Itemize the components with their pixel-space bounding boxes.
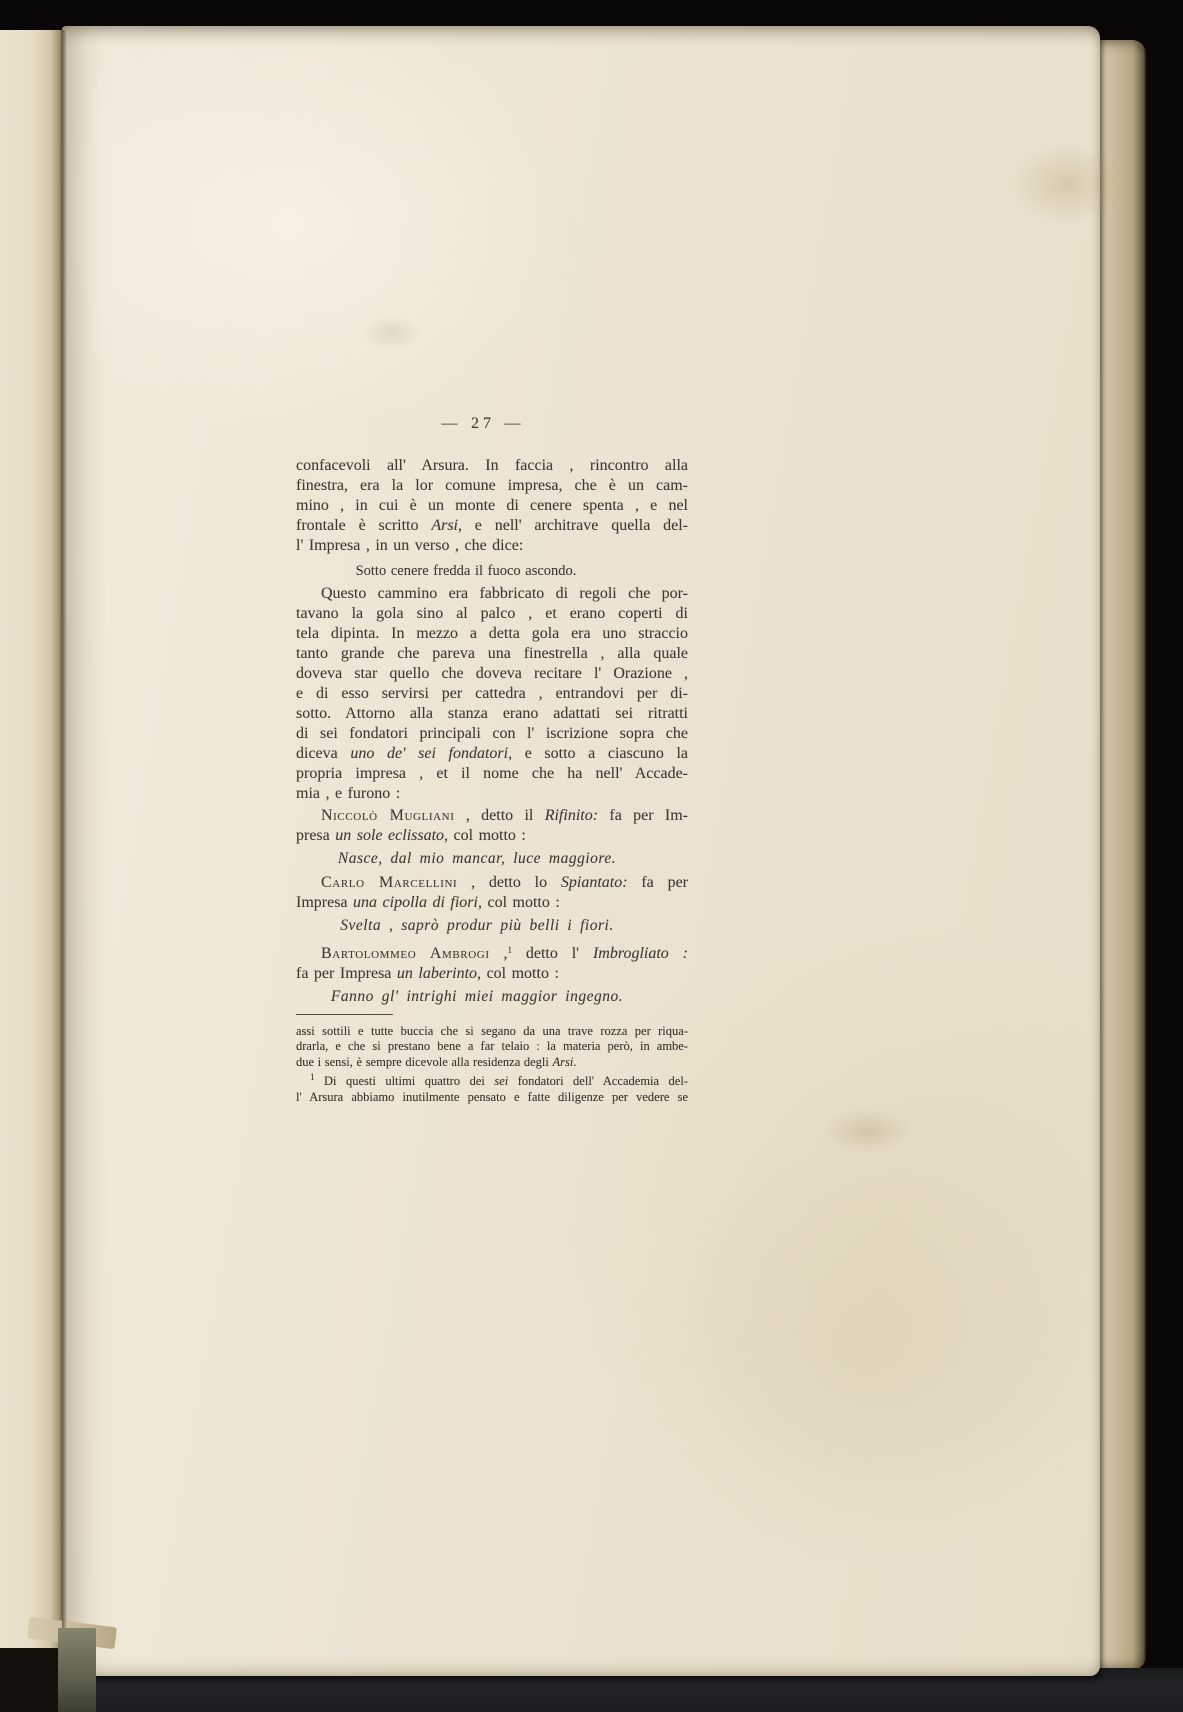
text-segment: detto l' — [512, 945, 593, 962]
gutter-crease — [62, 30, 68, 1660]
paragraph: Questo cammino era fabbricato di regoli … — [296, 584, 688, 804]
text-column: — 27 — confacevoli all' Arsura. In facci… — [296, 414, 688, 1105]
text-segment: Questo cammino era fabbricato di regoli … — [321, 585, 688, 602]
text-segment: tanto grande che pareva una finestrella … — [296, 645, 688, 662]
book-scan-photo: { "document": { "page_number": "— 27 —",… — [0, 0, 1183, 1712]
text-segment: fa per — [628, 874, 688, 891]
text-line: Bartolommeo Ambrogi ,1 detto l' Imbrogli… — [296, 940, 688, 964]
text-segment: fondatori dell' Accademia del- — [508, 1074, 688, 1088]
text-segment: tela dipinta. In mezzo a detta gola era … — [296, 625, 688, 642]
italic-text: Rifinito: — [545, 807, 598, 824]
founder-entry: Bartolommeo Ambrogi ,1 detto l' Imbrogli… — [296, 940, 688, 984]
text-line: Sotto cenere fredda il fuoco ascondo. — [270, 561, 662, 581]
book-page: — 27 — confacevoli all' Arsura. In facci… — [62, 26, 1100, 1676]
text-segment: drarla, e che si prestano bene a far tel… — [296, 1039, 688, 1053]
text-line: drarla, e che si prestano bene a far tel… — [296, 1039, 688, 1054]
impresa-motto: Svelta , saprò produr più belli i fiori. — [281, 916, 673, 936]
text-line: tela dipinta. In mezzo a detta gola era … — [296, 624, 688, 644]
text-segment: col motto : — [481, 965, 559, 982]
text-line: l' Arsura abbiamo inutilmente pensato e … — [296, 1090, 688, 1105]
small-caps-name: Bartolommeo Ambrogi — [321, 945, 490, 962]
foxing-stain — [622, 1146, 1102, 1566]
text-line: presa un sole eclissato, col motto : — [296, 826, 688, 846]
text-line: Carlo Marcellini , detto lo Spiantato: f… — [296, 873, 688, 893]
italic-text: Nasce, dal mio mancar, luce maggiore. — [338, 850, 616, 867]
text-segment: . — [573, 1055, 576, 1069]
italic-text: un sole eclissato, — [335, 827, 448, 844]
text-segment: e sotto a ciascuno la — [512, 745, 688, 762]
italic-text: uno de' sei fondatori, — [350, 745, 512, 762]
impresa-motto: Nasce, dal mio mancar, luce maggiore. — [281, 849, 673, 869]
text-line: assi sottili e tutte buccia che si segan… — [296, 1024, 688, 1039]
text-segment: , detto lo — [457, 874, 561, 891]
italic-text: Arsi — [552, 1055, 573, 1069]
italic-text: Svelta , saprò produr più belli i fiori. — [340, 917, 613, 934]
footnote-paragraph: assi sottili e tutte buccia che si segan… — [296, 1024, 688, 1105]
text-segment: fa per Im- — [598, 807, 688, 824]
text-segment: fa per Impresa — [296, 965, 397, 982]
binding-cloth-corner — [58, 1628, 96, 1712]
founder-entry: Carlo Marcellini , detto lo Spiantato: f… — [296, 873, 688, 913]
italic-text: Fanno gl' intrighi miei maggior ingegno. — [331, 988, 623, 1005]
text-segment: col motto : — [482, 894, 560, 911]
text-segment: l' Arsura abbiamo inutilmente pensato e … — [296, 1090, 688, 1104]
text-segment: , detto il — [454, 807, 544, 824]
text-line: l' Impresa , in un verso , che dice: — [296, 536, 688, 556]
text-segment: sotto. Attorno alla stanza erano adattat… — [296, 705, 688, 722]
text-line: diceva uno de' sei fondatori, e sotto a … — [296, 744, 688, 764]
text-line: propria impresa , et il nome che ha nell… — [296, 764, 688, 784]
italic-text: sei — [494, 1074, 508, 1088]
text-line: due i sensi, è sempre dicevole alla resi… — [296, 1055, 688, 1070]
italic-text: Arsi, — [431, 517, 462, 534]
impresa-motto: Fanno gl' intrighi miei maggior ingegno. — [281, 987, 673, 1007]
text-line: mia , e furono : — [296, 784, 688, 804]
footnote-rule — [296, 1014, 393, 1015]
small-caps-name: Niccolò Mugliani — [321, 807, 454, 824]
text-line: Impresa una cipolla di fiori, col motto … — [296, 893, 688, 913]
founder-entry: Niccolò Mugliani , detto il Rifinito: fa… — [296, 806, 688, 846]
text-line: Questo cammino era fabbricato di regoli … — [296, 584, 688, 604]
text-line: e di esso servirsi per cattedra , entran… — [296, 684, 688, 704]
italic-text: Spiantato: — [561, 874, 628, 891]
text-line: fa per Impresa un laberinto, col motto : — [296, 964, 688, 984]
text-line: Niccolò Mugliani , detto il Rifinito: fa… — [296, 806, 688, 826]
italic-text: un laberinto, — [397, 965, 481, 982]
text-segment: Di questi ultimi quattro dei — [315, 1074, 495, 1088]
text-segment: mia , e furono : — [296, 785, 400, 802]
text-line: doveva star quello che doveva recitare l… — [296, 664, 688, 684]
text-segment: Sotto cenere fredda il fuoco ascondo. — [356, 563, 577, 579]
facing-page-sliver — [0, 30, 64, 1650]
paragraph: confacevoli all' Arsura. In faccia , rin… — [296, 456, 688, 556]
text-segment: finestra, era la lor comune impresa, che… — [296, 477, 688, 494]
text-segment: l' Impresa , in un verso , che dice: — [296, 537, 523, 554]
foxing-stain — [822, 1108, 912, 1154]
italic-text: una cipolla di fiori, — [353, 894, 482, 911]
text-segment: due i sensi, è sempre dicevole alla resi… — [296, 1055, 552, 1069]
text-segment: col motto : — [448, 827, 526, 844]
text-line: tanto grande che pareva una finestrella … — [296, 644, 688, 664]
text-segment: assi sottili e tutte buccia che si segan… — [296, 1024, 688, 1038]
text-segment: propria impresa , et il nome che ha nell… — [296, 765, 688, 782]
text-line: mino , in cui è un monte di cenere spent… — [296, 496, 688, 516]
small-caps-name: Carlo Marcellini — [321, 874, 457, 891]
italic-text: Imbrogliato : — [593, 945, 688, 962]
verse-line: Sotto cenere fredda il fuoco ascondo. — [270, 561, 662, 581]
text-segment: mino , in cui è un monte di cenere spent… — [296, 497, 688, 514]
text-line: sotto. Attorno alla stanza erano adattat… — [296, 704, 688, 724]
text-segment: , — [490, 945, 508, 962]
text-segment: Impresa — [296, 894, 353, 911]
text-segment: doveva star quello che doveva recitare l… — [296, 665, 688, 682]
foxing-stain — [362, 316, 422, 350]
text-segment: di sei fondatori principali con l' iscri… — [296, 725, 688, 742]
text-line: 1 Di questi ultimi quattro dei sei fonda… — [296, 1070, 688, 1089]
text-segment: presa — [296, 827, 335, 844]
text-segment: frontale è scritto — [296, 517, 431, 534]
text-segment: e di esso servirsi per cattedra , entran… — [296, 685, 688, 702]
text-segment: diceva — [296, 745, 350, 762]
text-segment: confacevoli all' Arsura. In faccia , rin… — [296, 457, 688, 474]
text-segment: e nell' architrave quella del- — [462, 517, 688, 534]
text-line: di sei fondatori principali con l' iscri… — [296, 724, 688, 744]
text-line: Nasce, dal mio mancar, luce maggiore. — [281, 849, 673, 869]
text-line: tavano la gola sino al palco , et erano … — [296, 604, 688, 624]
page-number: — 27 — — [287, 414, 679, 434]
text-line: finestra, era la lor comune impresa, che… — [296, 476, 688, 496]
text-line: confacevoli all' Arsura. In faccia , rin… — [296, 456, 688, 476]
text-segment: tavano la gola sino al palco , et erano … — [296, 605, 688, 622]
text-line: frontale è scritto Arsi, e nell' architr… — [296, 516, 688, 536]
text-line: Svelta , saprò produr più belli i fiori. — [281, 916, 673, 936]
text-line: Fanno gl' intrighi miei maggior ingegno. — [281, 987, 673, 1007]
